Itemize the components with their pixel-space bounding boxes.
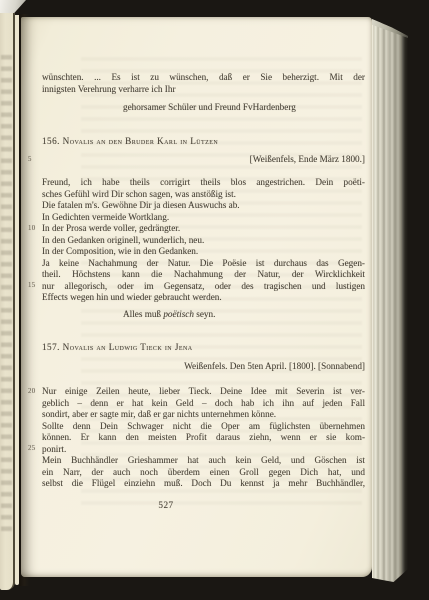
letter-156-heading: 156. Novalis an den Bruder Karl in Lütze… <box>42 136 365 148</box>
body-line: Ja keine Nachahmung der Natur. Die Poësi… <box>42 258 365 270</box>
body-line: theil. Höchstens kann die Nachahmung der… <box>42 269 365 281</box>
left-page-edge <box>0 13 15 590</box>
margin-line-number: 10 <box>28 225 35 233</box>
body-line: geblich – denn er hat kein Geld – doch h… <box>42 398 365 410</box>
body-line: können. Er kann den meisten Profit darau… <box>42 432 365 444</box>
ghost-text-lines <box>1 55 12 538</box>
dateline-text: Weißenfels. Den 5ten April. [1800]. [Son… <box>184 361 365 371</box>
body-line: Freund, ich habe theils corrigirt theils… <box>42 177 365 189</box>
body-line: In der Composition, wie in den Gedanken. <box>42 246 365 258</box>
page-content: wünschten. ... Es ist zu wünschen, daß e… <box>42 17 365 577</box>
body-line: sches Gefühl wird Dir schon sagen, was a… <box>42 189 365 201</box>
body-line: 15nur allegorisch, oder im Gegensatz, od… <box>42 281 365 293</box>
signature-line: gehorsamer Schüler und Freund FvHardenbe… <box>123 101 365 113</box>
body-line: Die fatalen m's. Gewöhne Dir ja diesen A… <box>42 200 365 212</box>
body-line: 10In der Prosa werde voller, gedrängter. <box>42 223 365 235</box>
letter-157-dateline: Weißenfels. Den 5ten April. [1800]. [Son… <box>42 361 365 373</box>
book-photo: wünschten. ... Es ist zu wünschen, daß e… <box>0 0 429 600</box>
body-line: In Gedichten vermeide Wortklang. <box>42 212 365 224</box>
letter-155-closing: wünschten. ... Es ist zu wünschen, daß e… <box>42 71 365 113</box>
body-line: 25ponirt. <box>42 444 365 456</box>
body-line: innigsten Verehrung verharre ich Ihr <box>42 83 365 95</box>
body-line: ein Narr, der auch noch überdem einen Gr… <box>42 467 365 479</box>
body-line: In den Gedanken originell, wunderlich, n… <box>42 235 365 247</box>
margin-line-number: 20 <box>28 388 35 396</box>
body-line: Effects wegen hin und wieder gebraucht w… <box>42 292 365 304</box>
body-line: Mein Buchhändler Grieshammer hat auch ke… <box>42 455 365 467</box>
letter-156-body: Freund, ich habe theils corrigirt theils… <box>42 177 365 304</box>
margin-line-number: 5 <box>28 156 32 164</box>
italic-word: poëtisch <box>163 309 194 319</box>
dateline-text: [Weißenfels, Ende März 1800.] <box>250 154 365 164</box>
book-fore-edge <box>372 19 408 586</box>
margin-line-number: 25 <box>28 445 35 453</box>
page-number: 527 <box>149 500 183 512</box>
body-line: selbst die Flügel einziehn muß. Doch Du … <box>42 478 365 490</box>
letter-156-dateline: 5 [Weißenfels, Ende März 1800.] <box>42 154 365 166</box>
letter-156-closing-line: Alles muß poëtisch seyn. <box>123 309 365 321</box>
letter-157-heading: 157. Novalis an Ludwig Tieck in Jena <box>42 342 365 354</box>
body-line: wünschten. ... Es ist zu wünschen, daß e… <box>42 71 365 83</box>
book-page: wünschten. ... Es ist zu wünschen, daß e… <box>21 17 372 577</box>
body-line: sondirt, aber er sagte mir, daß er gar n… <box>42 409 365 421</box>
letter-157-body: 20Nur einige Zeilen heute, lieber Tieck.… <box>42 386 365 490</box>
margin-line-number: 15 <box>28 282 35 290</box>
body-line: 20Nur einige Zeilen heute, lieber Tieck.… <box>42 386 365 398</box>
body-line: Sollte denn Dein Schwager nicht die Oper… <box>42 421 365 433</box>
